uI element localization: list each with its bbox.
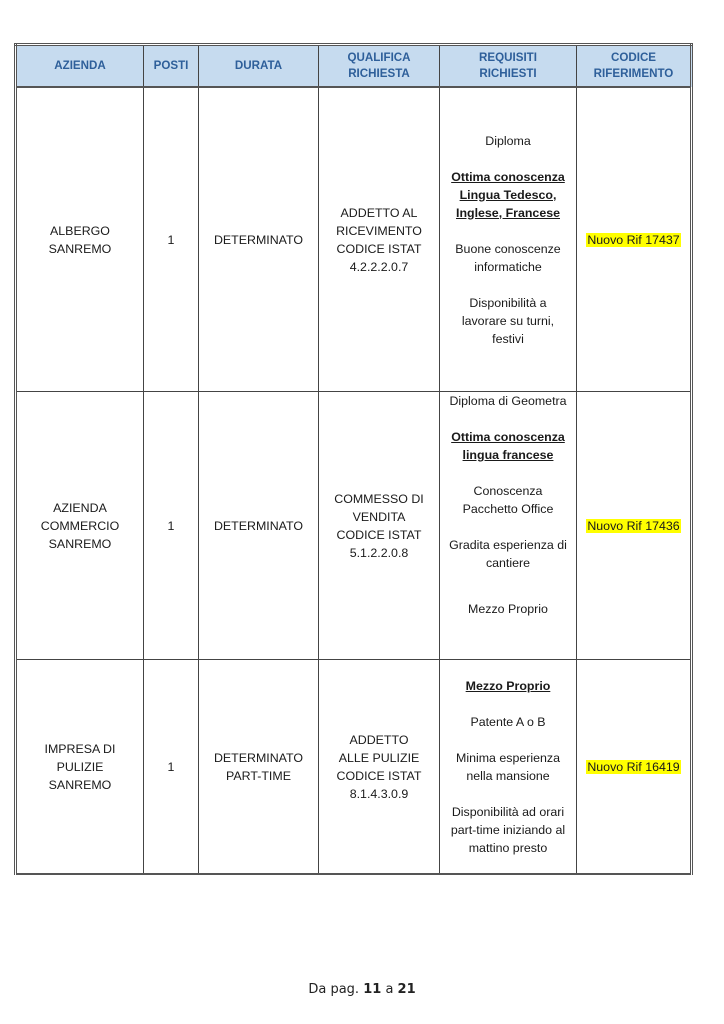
requirement-item: Gradita esperienza di cantiere	[446, 536, 570, 572]
cell-durata: DETERMINATO PART-TIME	[199, 660, 319, 875]
header-azienda: AZIENDA	[16, 45, 144, 88]
table-row: IMPRESA DI PULIZIE SANREMO1DETERMINATO P…	[16, 660, 692, 875]
page-footer: Da pag. 11 a 21	[0, 982, 724, 997]
cell-codice: Nuovo Rif 17436	[577, 392, 692, 660]
cell-posti: 1	[144, 660, 199, 875]
header-requisiti: REQUISITI RICHIESTI	[440, 45, 577, 88]
table-row: ALBERGO SANREMO1DETERMINATOADDETTO AL RI…	[16, 87, 692, 392]
cell-durata: DETERMINATO	[199, 87, 319, 392]
requirement-item: Buone conoscenze informatiche	[446, 240, 570, 276]
cell-codice: Nuovo Rif 16419	[577, 660, 692, 875]
header-qualifica: QUALIFICA RICHIESTA	[319, 45, 440, 88]
requirement-item: Ottima conoscenza lingua francese	[446, 428, 570, 464]
requirement-item: Diploma	[446, 132, 570, 150]
requirement-item: Conoscenza Pacchetto Office	[446, 482, 570, 518]
header-durata: DURATA	[199, 45, 319, 88]
cell-azienda: ALBERGO SANREMO	[16, 87, 144, 392]
requirement-item: Minima esperienza nella mansione	[446, 749, 570, 785]
requirement-item: Ottima conoscenza Lingua Tedesco, Ingles…	[446, 168, 570, 222]
cell-codice: Nuovo Rif 17437	[577, 87, 692, 392]
cell-posti: 1	[144, 392, 199, 660]
requirement-item: Mezzo Proprio	[446, 677, 570, 695]
cell-durata: DETERMINATO	[199, 392, 319, 660]
table-header-row: AZIENDA POSTI DURATA QUALIFICA RICHIESTA…	[16, 45, 692, 88]
cell-requisiti: Diploma di GeometraOttima conoscenza lin…	[440, 392, 577, 660]
header-codice: CODICE RIFERIMENTO	[577, 45, 692, 88]
cell-requisiti: Mezzo ProprioPatente A o BMinima esperie…	[440, 660, 577, 875]
reference-code-highlight: Nuovo Rif 17437	[586, 233, 680, 247]
cell-qualifica: COMMESSO DI VENDITA CODICE ISTAT 5.1.2.2…	[319, 392, 440, 660]
requirement-item: Disponibilità a lavorare su turni, festi…	[446, 294, 570, 348]
table-row: AZIENDA COMMERCIO SANREMO1DETERMINATOCOM…	[16, 392, 692, 660]
reference-code-highlight: Nuovo Rif 17436	[586, 519, 680, 533]
cell-azienda: IMPRESA DI PULIZIE SANREMO	[16, 660, 144, 875]
requirement-item: Mezzo Proprio	[446, 600, 570, 618]
cell-qualifica: ADDETTO ALLE PULIZIE CODICE ISTAT 8.1.4.…	[319, 660, 440, 875]
reference-code-highlight: Nuovo Rif 16419	[586, 760, 680, 774]
requirement-item: Disponibilità ad orari part-time inizian…	[446, 803, 570, 857]
footer-current-page: 11	[363, 982, 381, 997]
requirement-item: Diploma di Geometra	[446, 392, 570, 410]
document-page: AZIENDA POSTI DURATA QUALIFICA RICHIESTA…	[0, 0, 724, 1024]
cell-qualifica: ADDETTO AL RICEVIMENTO CODICE ISTAT 4.2.…	[319, 87, 440, 392]
cell-posti: 1	[144, 87, 199, 392]
header-posti: POSTI	[144, 45, 199, 88]
footer-prefix: Da pag.	[308, 982, 359, 997]
cell-azienda: AZIENDA COMMERCIO SANREMO	[16, 392, 144, 660]
footer-total-pages: 21	[398, 982, 416, 997]
requirement-item: Patente A o B	[446, 713, 570, 731]
job-offers-table: AZIENDA POSTI DURATA QUALIFICA RICHIESTA…	[14, 43, 693, 875]
cell-requisiti: DiplomaOttima conoscenza Lingua Tedesco,…	[440, 87, 577, 392]
footer-separator: a	[385, 982, 393, 997]
